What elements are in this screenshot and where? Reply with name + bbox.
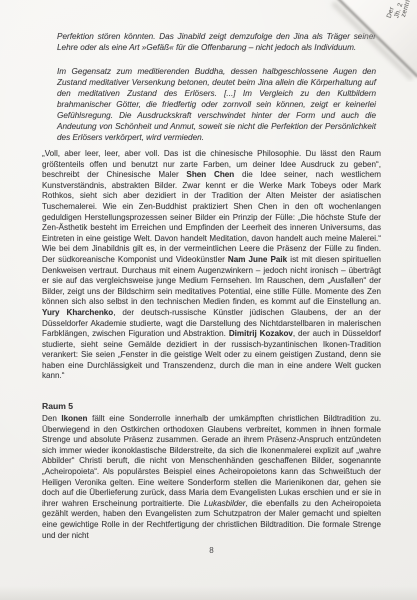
- main-paragraph: „Voll, aber leer, leer, aber voll. Das i…: [42, 149, 381, 382]
- folded-corner: zentri Jh. 2 Der: [327, 0, 417, 82]
- section-heading-raum-5: Raum 5: [42, 401, 73, 411]
- section-paragraph-ikonen: Den Ikonen fällt eine Sonderrolle innerh…: [42, 414, 381, 541]
- page-number: 8: [42, 546, 381, 555]
- document-page: Perfektion stören könnten. Das Jinabild …: [0, 0, 417, 600]
